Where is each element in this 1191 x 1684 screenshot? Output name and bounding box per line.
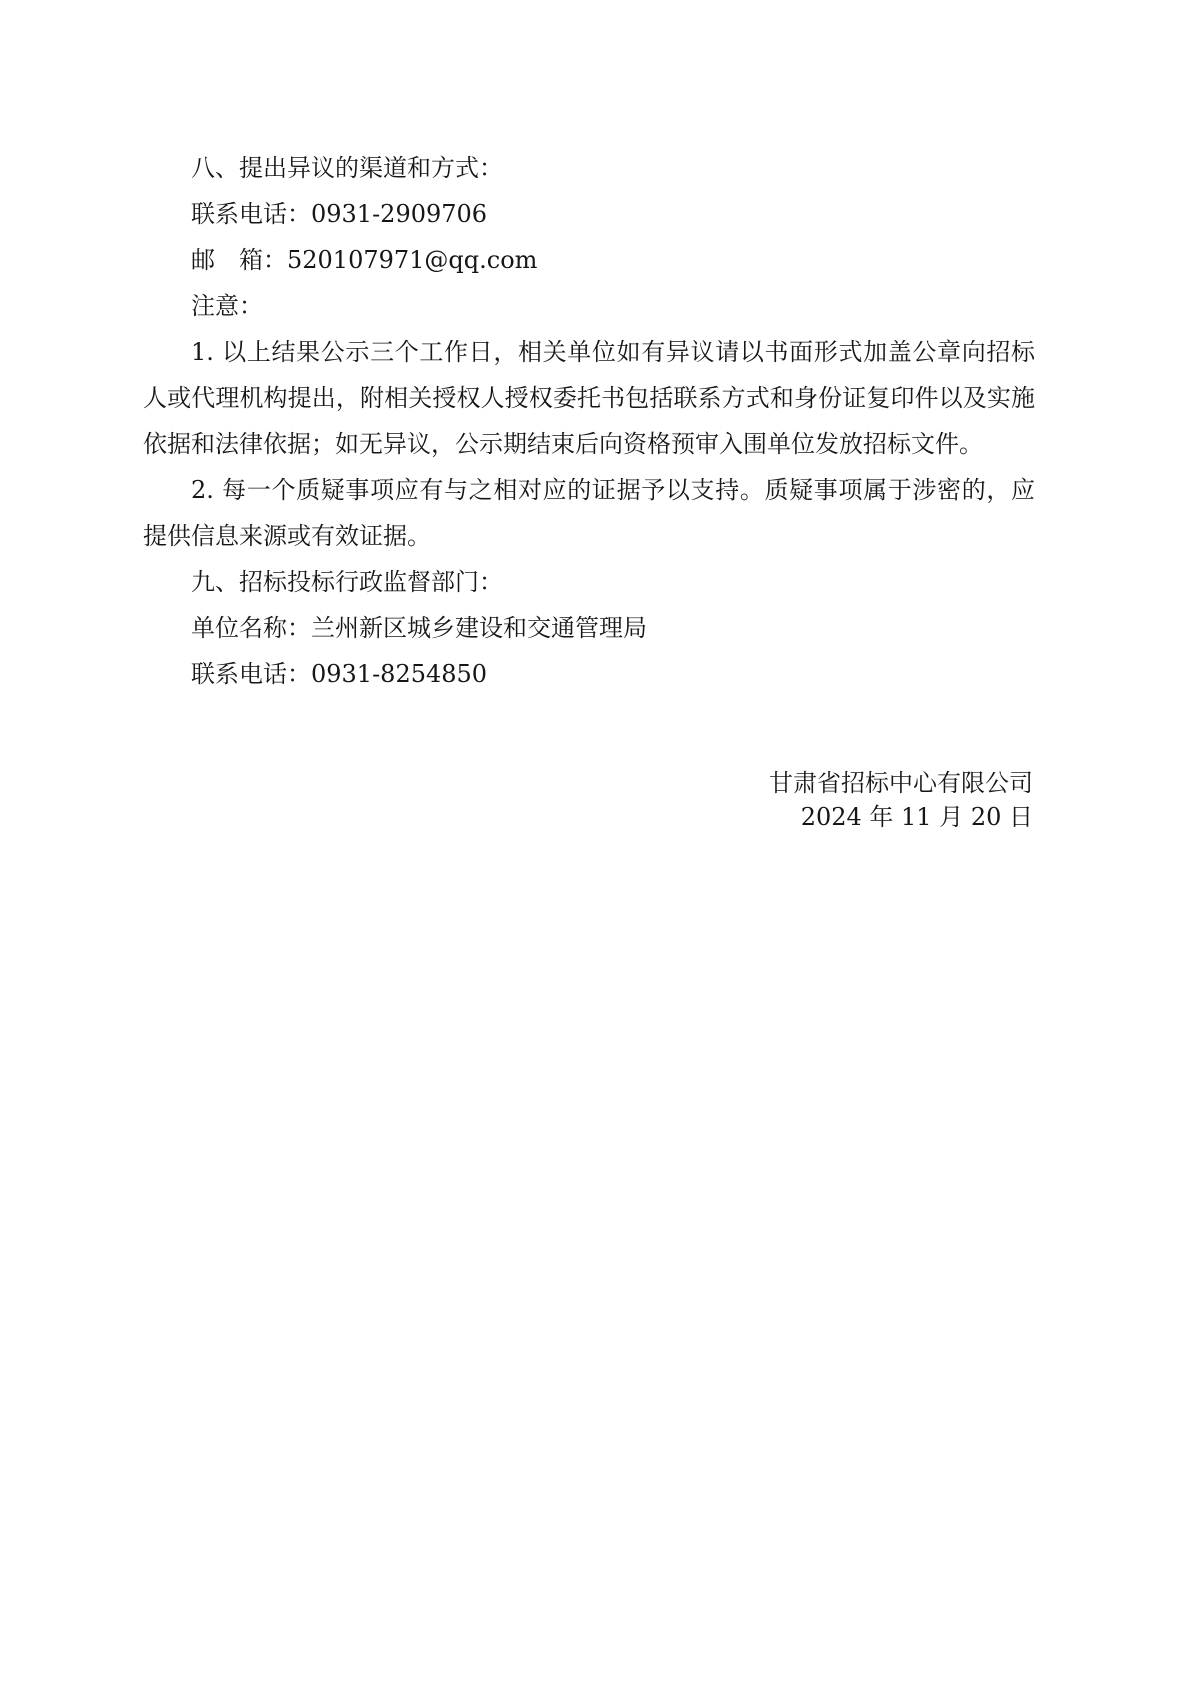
para-section-nine-heading: 九、招标投标行政监督部门： (143, 559, 1035, 605)
para-note-1: 1. 以上结果公示三个工作日，相关单位如有异议请以书面形式加盖公章向招标人或代理… (143, 329, 1035, 467)
para-supervisor-unit-name: 单位名称：兰州新区城乡建设和交通管理局 (143, 605, 1035, 651)
document-page: 八、提出异议的渠道和方式： 联系电话：0931-2909706 邮 箱：5201… (0, 0, 1191, 1684)
para-objection-email: 邮 箱：520107971@qq.com (143, 237, 1035, 283)
signature-block: 甘肃省招标中心有限公司 2024 年 11 月 20 日 (143, 766, 1035, 834)
para-supervisor-phone: 联系电话：0931-8254850 (143, 651, 1035, 697)
para-note-2: 2. 每一个质疑事项应有与之相对应的证据予以支持。质疑事项属于涉密的，应提供信息… (143, 467, 1035, 559)
para-objection-contact-phone: 联系电话：0931-2909706 (143, 191, 1035, 237)
signature-company-name: 甘肃省招标中心有限公司 (143, 766, 1033, 800)
para-section-eight-heading: 八、提出异议的渠道和方式： (143, 145, 1035, 191)
para-notice-label: 注意： (143, 283, 1035, 329)
document-content: 八、提出异议的渠道和方式： 联系电话：0931-2909706 邮 箱：5201… (143, 145, 1035, 834)
signature-date: 2024 年 11 月 20 日 (143, 800, 1033, 834)
